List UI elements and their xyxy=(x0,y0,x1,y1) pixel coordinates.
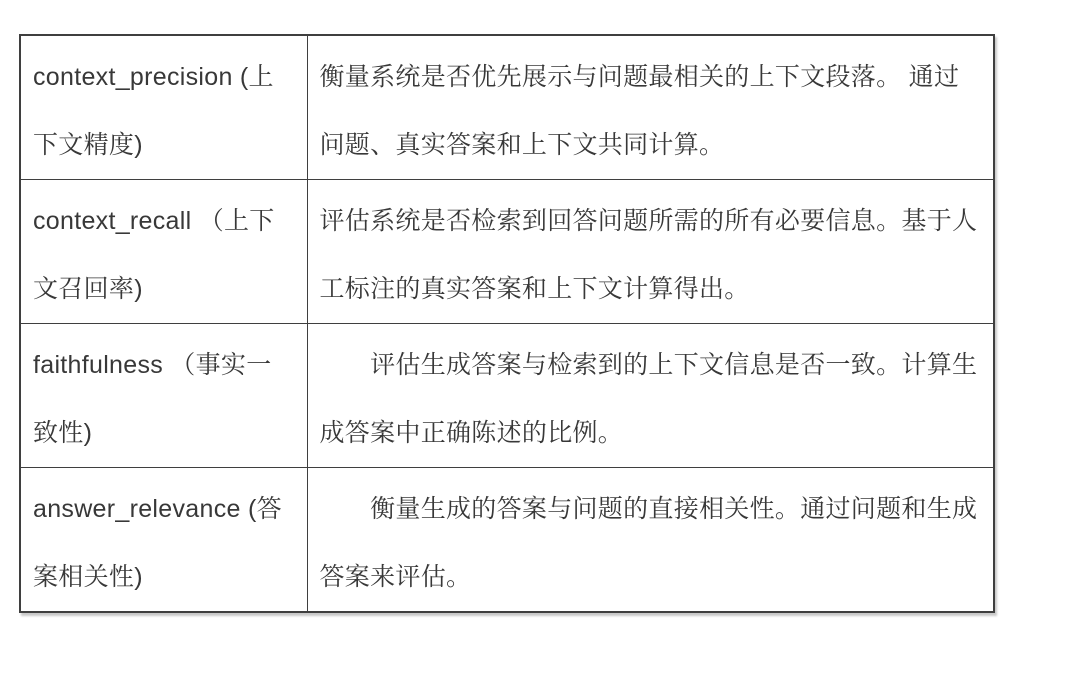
metric-cell: answer_relevance (答案相关性) xyxy=(20,468,307,613)
table-row: context_recall （上下文召回率) 评估系统是否检索到回答问题所需的… xyxy=(20,180,994,324)
table-row: context_precision (上下文精度) 衡量系统是否优先展示与问题最… xyxy=(20,35,994,180)
metrics-table: context_precision (上下文精度) 衡量系统是否优先展示与问题最… xyxy=(19,34,995,613)
metric-cell: context_precision (上下文精度) xyxy=(20,35,307,180)
metrics-table-container: context_precision (上下文精度) 衡量系统是否优先展示与问题最… xyxy=(19,34,993,610)
page-canvas: context_precision (上下文精度) 衡量系统是否优先展示与问题最… xyxy=(0,0,1080,677)
description-cell: 衡量系统是否优先展示与问题最相关的上下文段落。 通过问题、真实答案和上下文共同计… xyxy=(307,35,994,180)
table-row: faithfulness （事实一致性) 评估生成答案与检索到的上下文信息是否一… xyxy=(20,324,994,468)
description-cell: 衡量生成的答案与问题的直接相关性。通过问题和生成答案来评估。 xyxy=(307,468,994,613)
metric-cell: context_recall （上下文召回率) xyxy=(20,180,307,324)
metric-cell: faithfulness （事实一致性) xyxy=(20,324,307,468)
table-row: answer_relevance (答案相关性) 衡量生成的答案与问题的直接相关… xyxy=(20,468,994,613)
description-cell: 评估系统是否检索到回答问题所需的所有必要信息。基于人工标注的真实答案和上下文计算… xyxy=(307,180,994,324)
description-cell: 评估生成答案与检索到的上下文信息是否一致。计算生成答案中正确陈述的比例。 xyxy=(307,324,994,468)
